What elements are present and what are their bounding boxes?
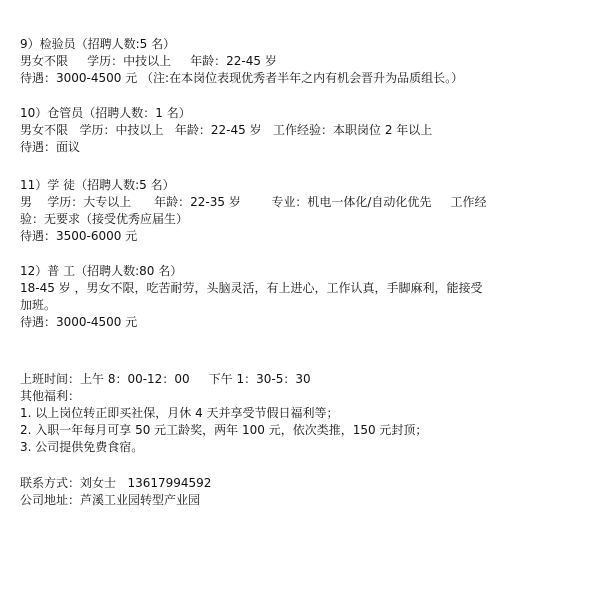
section-requirements-cont: 加班。 — [20, 297, 56, 314]
section-salary: 待遇：3500-6000 元 — [20, 228, 137, 245]
benefit-item: 2. 入职一年每月可享 50 元工龄奖，两年 100 元，依次类推，150 元封… — [20, 422, 427, 439]
contact-person: 联系方式：刘女士 13617994592 — [20, 475, 211, 492]
section-salary: 待遇：3000-4500 元 — [20, 314, 137, 331]
company-address: 公司地址：芦溪工业园转型产业园 — [20, 492, 200, 509]
section-requirements: 男 学历：大专以上 年龄：22-35 岁 专业：机电一体化/自动化优先 工作经 — [20, 194, 486, 211]
section-salary: 待遇：面议 — [20, 139, 80, 156]
section-title-warehouse-keeper: 10）仓管员（招聘人数：1 名） — [20, 105, 191, 122]
section-requirements: 男女不限 学历：中技以上 年龄：22-45 岁 — [20, 53, 277, 70]
section-title-general-worker: 12）普 工（招聘人数:80 名） — [20, 263, 182, 280]
benefits-title: 其他福利： — [20, 388, 80, 405]
section-requirements: 18-45 岁 ，男女不限，吃苦耐劳，头脑灵活，有上进心，工作认真，手脚麻利，能… — [20, 280, 483, 297]
benefit-item: 1. 以上岗位转正即买社保，月休 4 天并享受节假日福利等； — [20, 405, 339, 422]
section-requirements: 男女不限 学历：中技以上 年龄：22-45 岁 工作经验：本职岗位 2 年以上 — [20, 122, 432, 139]
benefit-item: 3. 公司提供免费食宿。 — [20, 439, 143, 456]
section-title-inspector: 9）检验员（招聘人数:5 名） — [20, 36, 175, 53]
section-salary: 待遇：3000-4500 元 （注:在本岗位表现优秀者半年之内有机会晋升为品质组… — [20, 70, 463, 87]
section-requirements-cont: 验：无要求（接受优秀应届生） — [20, 211, 188, 228]
section-title-apprentice: 11）学 徒（招聘人数:5 名） — [20, 177, 175, 194]
work-hours: 上班时间：上午 8：00-12：00 下午 1：30-5：30 — [20, 371, 311, 388]
